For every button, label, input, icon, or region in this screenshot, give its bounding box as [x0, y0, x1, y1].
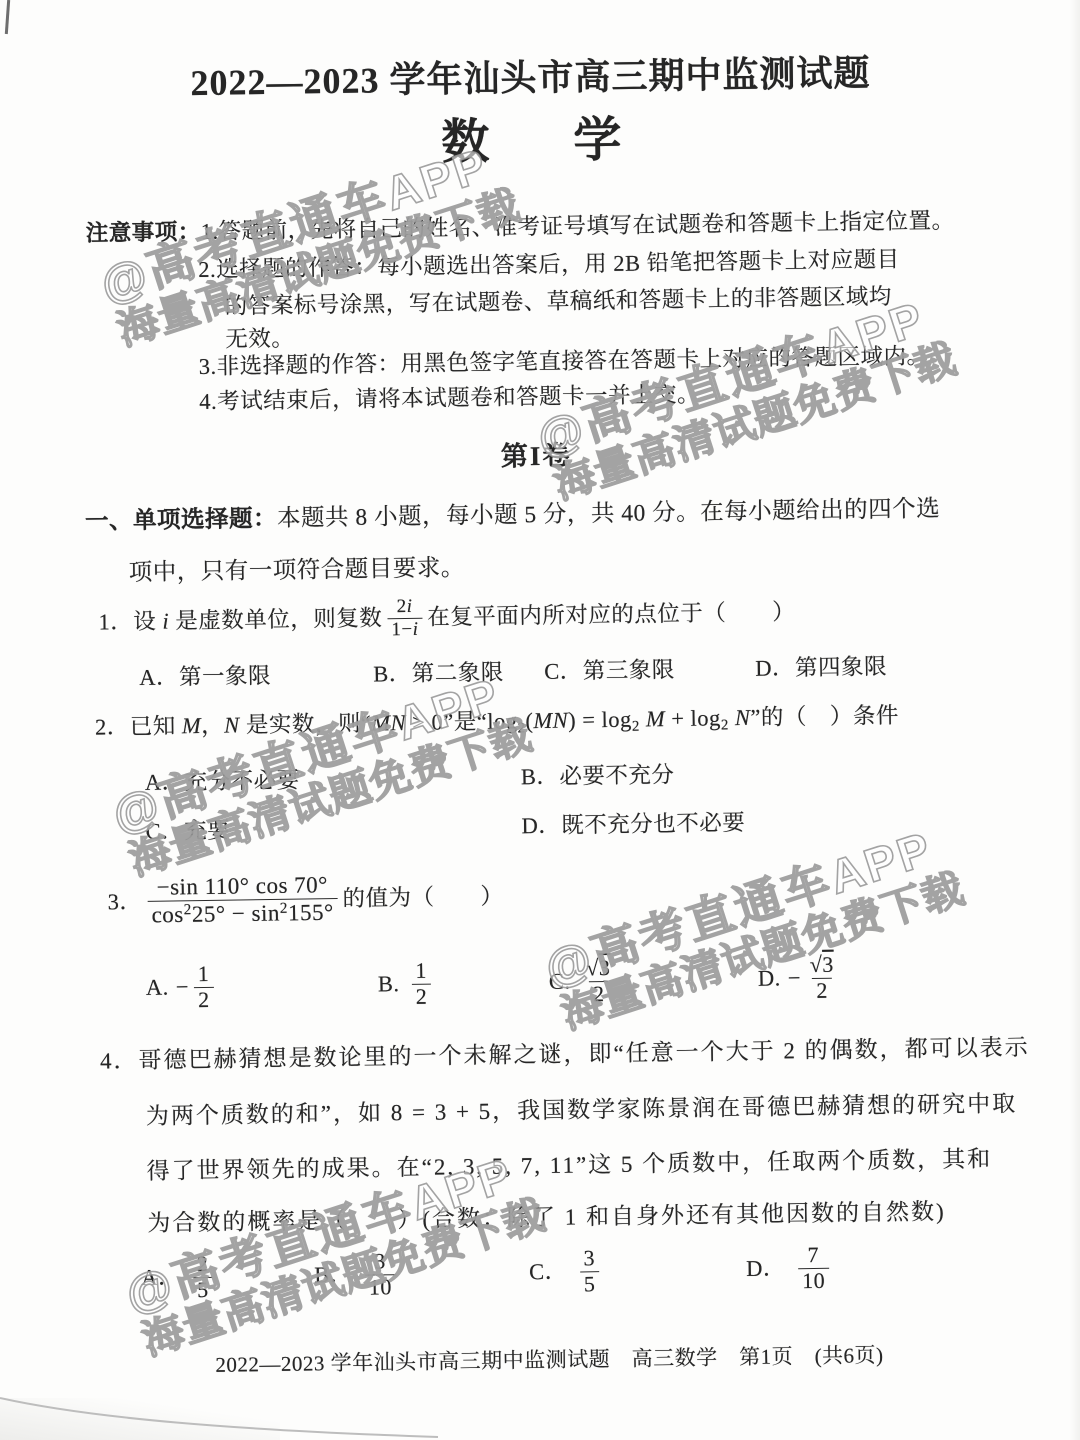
question-4-line-2: 为两个质数的和”，如 8 = 3 + 5，我国数学家陈景润在哥德巴赫猜想的研究中…: [146, 1091, 1018, 1130]
question-1-stem-post: 在复平面内所对应的点位于（ ）: [427, 599, 795, 630]
minus-sign: −: [176, 974, 190, 1000]
exam-title: 2022—2023 学年汕头市高三期中监测试题: [0, 50, 1071, 107]
question-3-stem-post: 的值为（ ）: [342, 884, 503, 912]
question-1-option-a: A．第一象限: [139, 663, 271, 691]
scan-page-curl-line: [0, 1392, 440, 1440]
fraction-denominator: 2: [412, 983, 432, 1009]
notice-line-4: 无效。: [225, 326, 294, 353]
minus-sign: −: [788, 965, 802, 991]
option-letter: A．: [139, 664, 179, 690]
option-text: 第三象限: [583, 657, 675, 683]
watermark: @高考直通车APP海量高清试题免费下载: [531, 288, 961, 506]
scan-right-edge-shade: [1070, 0, 1080, 1440]
option-letter: B．: [373, 661, 412, 687]
option-text: 第四象限: [795, 654, 887, 680]
option-letter: C．: [544, 658, 583, 684]
option-fraction: 35: [579, 1246, 599, 1297]
question-3-option-b: B. 12: [377, 952, 436, 1017]
option-fraction: 12: [194, 962, 214, 1013]
option-letter: C．: [529, 1259, 568, 1285]
option-fraction: 12: [411, 959, 431, 1010]
section-one-desc: 本题共 8 小题，每小题 5 分，共 40 分。在每小题给出的四个选: [277, 496, 941, 532]
fraction-denominator: 1−i: [387, 617, 422, 640]
section-one-desc-2: 项中，只有一项符合题目要求。: [129, 555, 465, 587]
option-fraction: 710: [798, 1243, 830, 1294]
question-4-line-3: 得了世界领先的成果。在“2, 3, 5, 7, 11”这 5 个质数中，任取两个…: [146, 1146, 992, 1185]
fraction-numerator: 1: [194, 962, 214, 987]
option-text: 必要不充分: [559, 762, 674, 789]
option-letter: A.: [146, 975, 169, 1001]
option-text: 既不充分也不必要: [561, 810, 745, 838]
question-1-option-d: D．第四象限: [755, 654, 887, 682]
option-fraction: √32: [806, 952, 839, 1003]
section-one-label: 一、单项选择题：: [85, 506, 277, 535]
question-3-option-a: A.− 12: [145, 955, 219, 1020]
watermark: @高考直通车APP海量高清试题免费下载: [539, 818, 969, 1036]
question-4-option-d: D． 710: [746, 1236, 835, 1301]
fraction-numerator: 7: [803, 1243, 823, 1268]
question-4-option-c: C． 35: [529, 1239, 605, 1304]
fraction-denominator: 2: [194, 986, 214, 1012]
fraction-denominator: cos225° − sin2155°: [147, 898, 337, 928]
question-3-number: 3．: [107, 889, 142, 915]
question-4-line-1: 4．哥德巴赫猜想是数论里的一个未解之谜，即“任意一个大于 2 的偶数，都可以表示: [100, 1035, 1030, 1075]
option-letter: B．: [521, 764, 560, 790]
fraction-numerator: −sin 110° cos 70°: [152, 873, 332, 901]
option-letter: D．: [521, 813, 561, 839]
question-2-option-b: B．必要不充分: [521, 762, 675, 790]
option-letter: D．: [755, 655, 795, 681]
scan-content-layer: 2022—2023 学年汕头市高三期中监测试题 数学 注意事项：1.答题前，先将…: [0, 0, 1080, 1440]
fraction-denominator: 10: [798, 1267, 829, 1293]
option-letter: D．: [746, 1255, 786, 1281]
fraction-numerator: 2i: [393, 596, 417, 618]
option-text: 第一象限: [179, 663, 271, 689]
fraction-numerator: 1: [411, 959, 431, 984]
fraction-denominator: 2: [812, 977, 832, 1003]
question-1-option-c: C．第三象限: [544, 657, 675, 685]
section-one-header: 一、单项选择题：本题共 8 小题，每小题 5 分，共 40 分。在每小题给出的四…: [85, 496, 941, 536]
exam-scan-page: 2022—2023 学年汕头市高三期中监测试题 数学 注意事项：1.答题前，先将…: [0, 0, 1080, 1440]
question-1-stem-text: 1．设 i 是虚数单位，则复数: [98, 605, 382, 635]
question-2-option-d: D．既不充分也不必要: [521, 810, 745, 839]
question-1-fraction: 2i 1−i: [387, 596, 423, 640]
subject-title: 数学: [0, 106, 1072, 177]
option-letter: B.: [378, 971, 400, 997]
question-3-fraction: −sin 110° cos 70° cos225° − sin2155°: [147, 872, 338, 928]
fraction-denominator: 5: [580, 1271, 600, 1297]
fraction-numerator: 3: [579, 1246, 599, 1271]
subject-char-2: 学: [573, 114, 622, 168]
question-1-stem: 1．设 i 是虚数单位，则复数 2i 1−i 在复平面内所对应的点位于（ ）: [98, 582, 796, 652]
watermark: @高考直通车APP海量高清试题免费下载: [107, 665, 537, 883]
